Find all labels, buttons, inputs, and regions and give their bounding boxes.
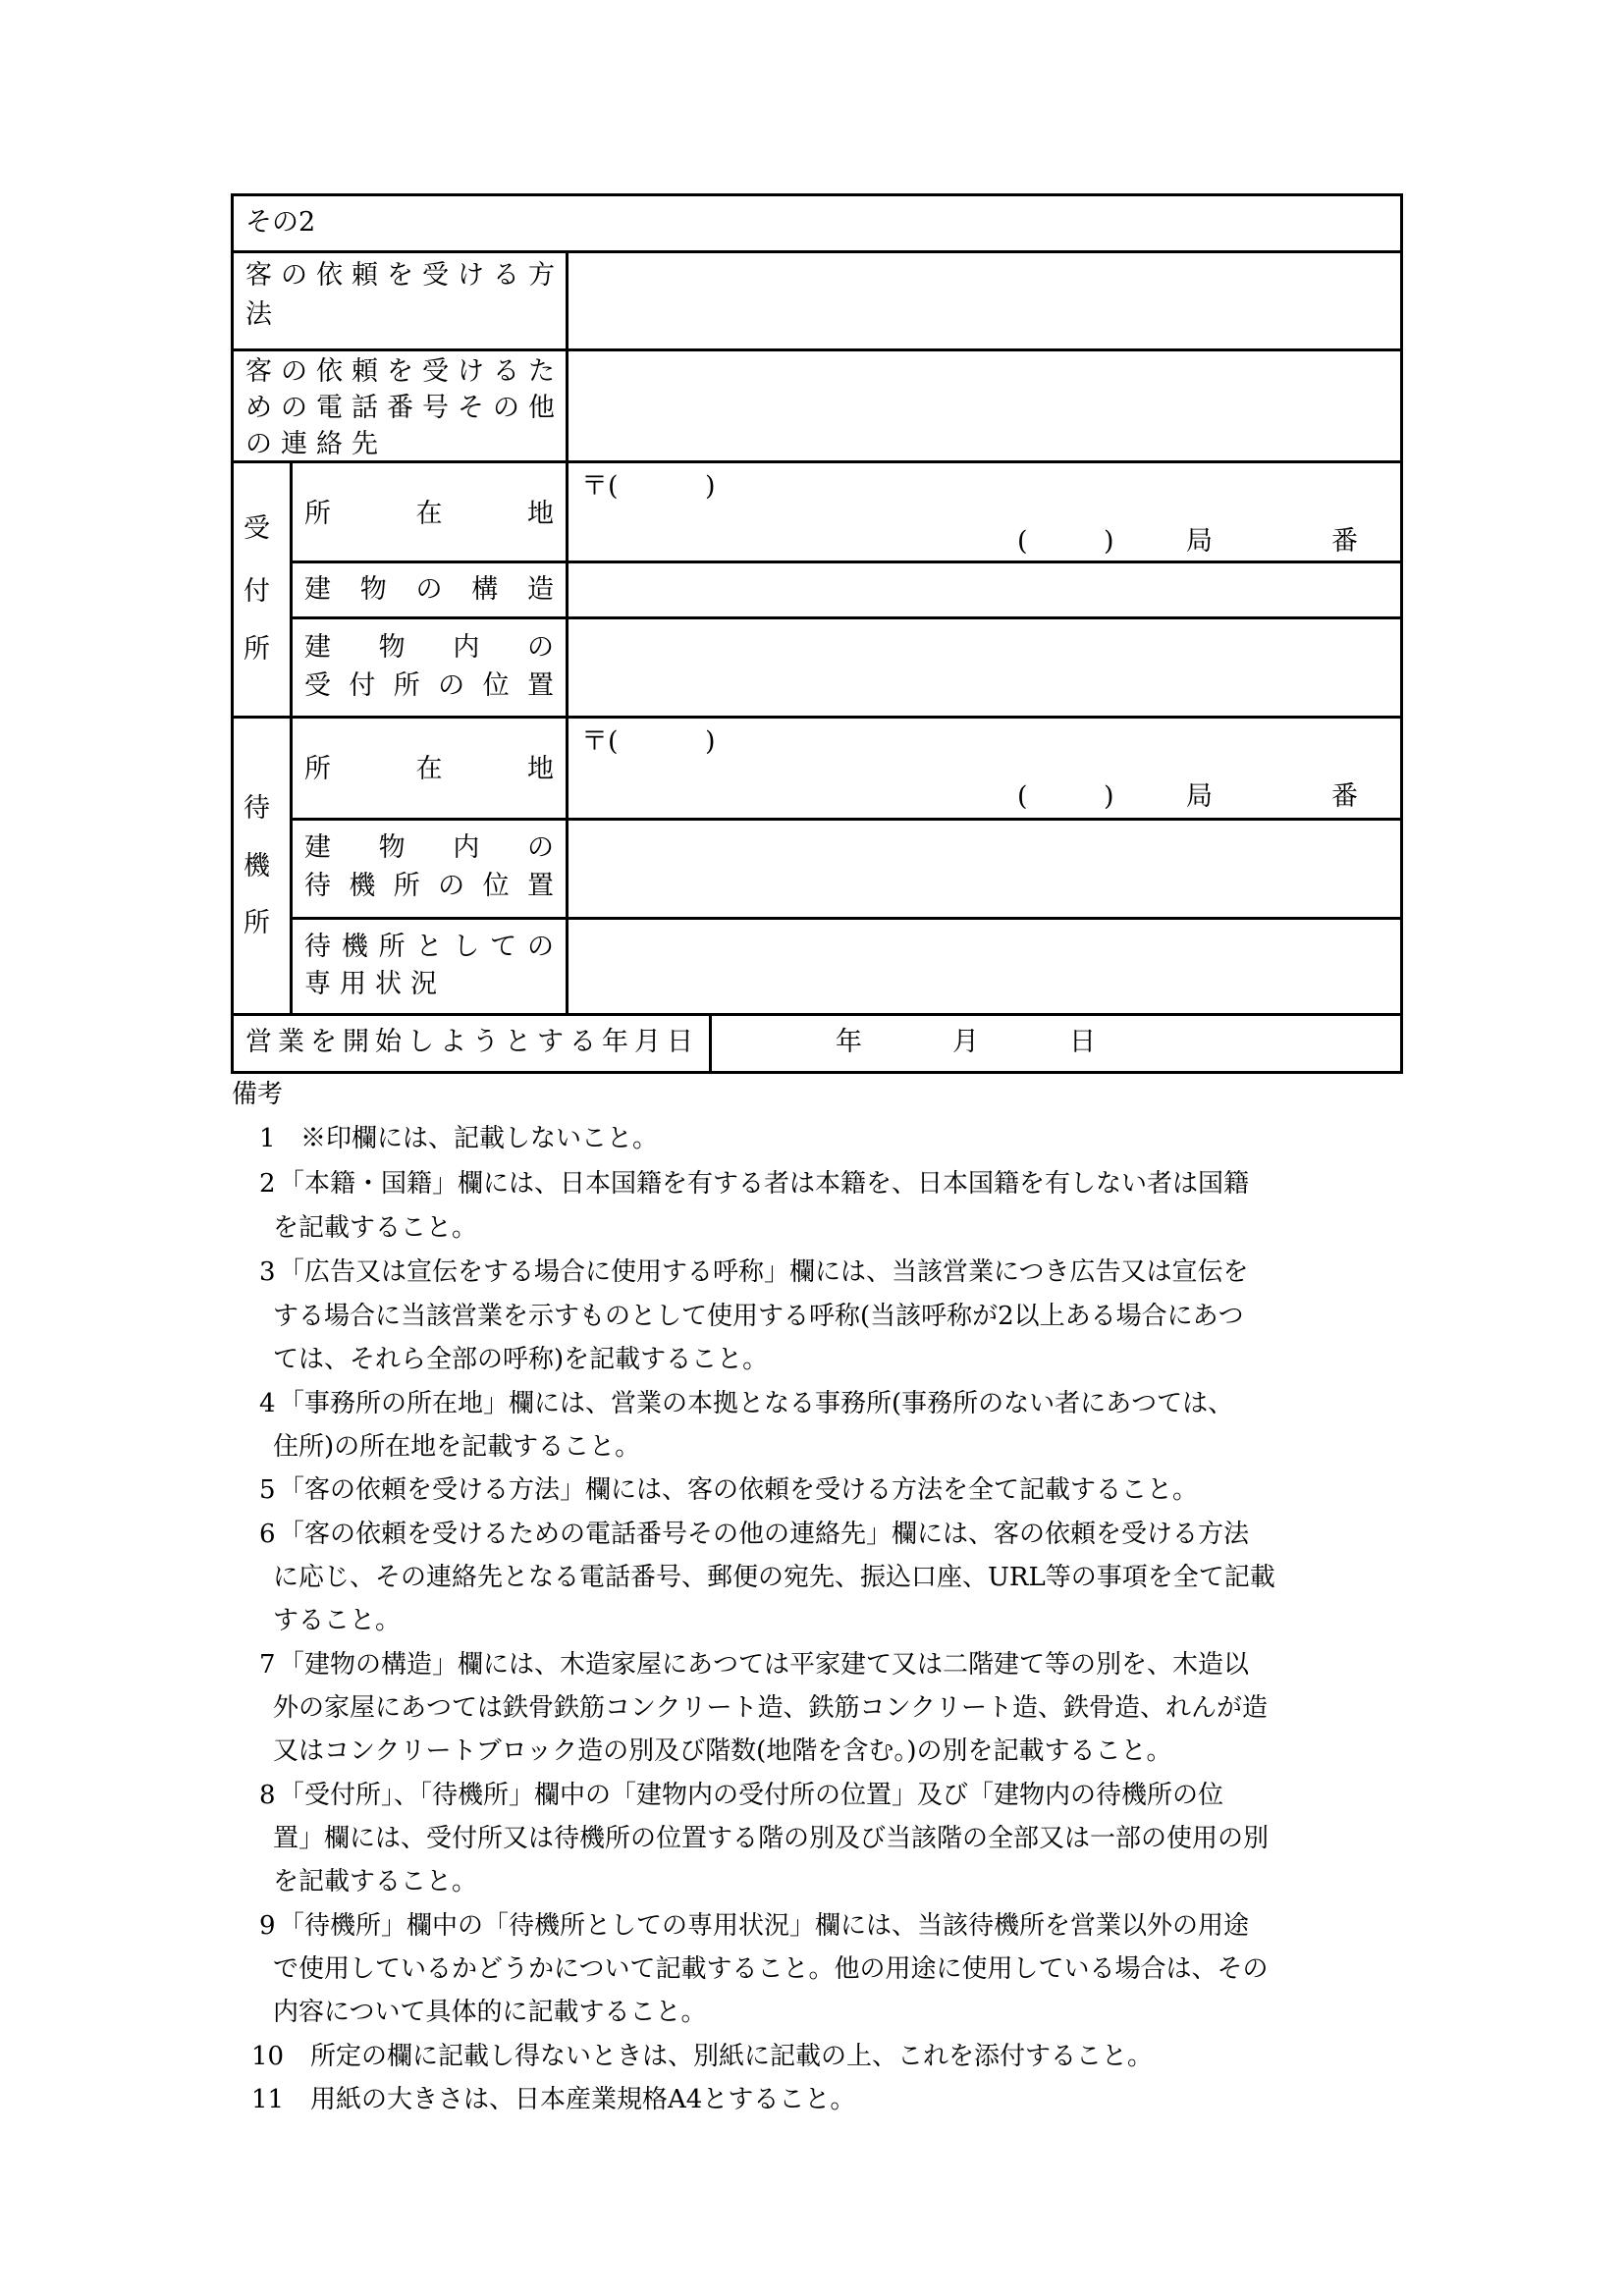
note-item: 「受付所」、「待機所」欄中の「建物内の受付所の位置」及び「建物内の待機所の位 [279, 1779, 1223, 1812]
note-item: 「待機所」欄中の「待機所としての専用状況」欄には、当該待機所を営業以外の用途 [279, 1909, 1249, 1943]
waiting-location-input[interactable] [569, 720, 1400, 818]
rule [291, 616, 1403, 619]
note-number: 8 [259, 1779, 276, 1812]
note-item-cont: 住所)の所在地を記載すること。 [273, 1430, 640, 1464]
note-item-cont: ては、それら全部の呼称)を記載すること。 [273, 1343, 768, 1376]
waiting-usage-input[interactable] [569, 921, 1400, 1013]
note-number: 6 [259, 1518, 276, 1551]
table-border-right [1400, 193, 1403, 1074]
reception-structure-input[interactable] [569, 564, 1400, 616]
waiting-section-label: 機 [244, 848, 270, 885]
note-item-cont: 又はコンクリートブロック造の別及び階数(地階を含む。)の別を記載すること。 [273, 1735, 1171, 1768]
method-input[interactable] [569, 254, 1400, 348]
table-border-top [232, 193, 1403, 196]
contact-input[interactable] [569, 352, 1400, 460]
note-number: 5 [259, 1473, 276, 1507]
waiting-usage-label-cont: 専用状況 [304, 966, 446, 1003]
note-item-cont: を記載すること。 [273, 1865, 477, 1898]
rule [232, 1013, 1403, 1016]
note-item-cont: 内容について具体的に記載すること。 [273, 1996, 706, 2029]
reception-position-label-cont: 受 付 所 の 位 置 [304, 667, 554, 705]
note-number: 10 [251, 2040, 284, 2073]
contact-label-cont: めの電話番号その他 [245, 390, 564, 427]
contact-label: 客の依頼を受けるた [245, 353, 564, 391]
rule [291, 561, 1403, 563]
note-number: 7 [259, 1648, 276, 1682]
rule [232, 716, 1403, 719]
note-item: 「建物の構造」欄には、木造家屋にあつては平家建て又は二階建て等の別を、木造以 [279, 1648, 1249, 1682]
reception-section-label: 付 [244, 573, 270, 611]
reception-position-label: 建 物 内 の [304, 629, 554, 667]
reception-location-label: 所 在 地 [304, 496, 554, 533]
waiting-section-label: 所 [244, 905, 270, 942]
note-item: 「客の依頼を受けるための電話番号その他の連絡先」欄には、客の依頼を受ける方法 [279, 1518, 1249, 1551]
note-item: 用紙の大きさは、日本産業規格A4とすること。 [310, 2083, 855, 2116]
method-label-cont: 法 [245, 296, 272, 334]
rule [232, 250, 1403, 253]
waiting-position-input[interactable] [569, 822, 1400, 917]
note-number: 9 [259, 1909, 276, 1943]
date-divider [709, 1014, 712, 1072]
note-item-cont: すること。 [273, 1604, 401, 1637]
label-value-divider [566, 251, 568, 1014]
waiting-usage-label: 待 機 所 と し て の [304, 929, 554, 966]
waiting-position-label: 建 物 内 の [304, 829, 554, 867]
note-item-cont: に応じ、その連絡先となる電話番号、郵便の宛先、振込口座、URL等の事項を全て記載 [273, 1561, 1275, 1594]
note-number: 11 [251, 2083, 284, 2116]
note-item: 「広告又は宣伝をする場合に使用する呼称」欄には、当該営業につき広告又は宣伝を [279, 1255, 1248, 1289]
rule [291, 917, 1403, 920]
table-border-bottom [232, 1071, 1403, 1074]
contact-label-cont2: の連絡先 [245, 426, 387, 463]
note-number: 1 [259, 1122, 276, 1155]
rule [232, 348, 1403, 351]
rule [232, 460, 1403, 463]
note-item-cont: を記載すること。 [273, 1211, 477, 1245]
reception-section-label: 所 [244, 631, 270, 668]
notes-title: 備考 [232, 1078, 283, 1111]
method-label: 客の依頼を受ける方 [245, 257, 554, 294]
note-number: 3 [259, 1255, 276, 1289]
waiting-location-label: 所 在 地 [304, 751, 554, 788]
note-number: 2 [259, 1167, 276, 1201]
reception-position-input[interactable] [569, 620, 1400, 716]
start-date-input[interactable] [713, 1017, 1400, 1071]
section-divider [290, 461, 293, 1014]
reception-location-input[interactable] [569, 464, 1400, 561]
note-item-cont: する場合に当該営業を示すものとして使用する呼称(当該呼称が2以上ある場合にあつ [273, 1300, 1244, 1333]
form-part-header: その2 [245, 204, 315, 241]
reception-structure-label: 建 物 の 構 造 [304, 571, 554, 609]
start-date-label: 営業を開始しようとする年月日 [245, 1024, 699, 1061]
rule [291, 818, 1403, 821]
note-item: ※印欄には、記載しないこと。 [300, 1122, 658, 1155]
note-item-cont: 外の家屋にあつては鉄骨鉄筋コンクリート造、鉄筋コンクリート造、鉄骨造、れんが造 [273, 1691, 1268, 1725]
note-item-cont: 置」欄には、受付所又は待機所の位置する階の別及び当該階の全部又は一部の使用の別 [273, 1822, 1269, 1855]
waiting-position-label-cont: 待 機 所 の 位 置 [304, 868, 554, 905]
table-border-left [231, 193, 234, 1074]
note-item: 「客の依頼を受ける方法」欄には、客の依頼を受ける方法を全て記載すること。 [279, 1473, 1198, 1507]
reception-section-label: 受 [244, 510, 270, 548]
waiting-section-label: 待 [244, 790, 270, 828]
note-item: 「事務所の所在地」欄には、営業の本拠となる事務所(事務所のない者にあつては、 [279, 1387, 1233, 1420]
note-number: 4 [259, 1387, 276, 1420]
note-item-cont: で使用しているかどうかについて記載すること。他の用途に使用している場合は、その [273, 1952, 1268, 1986]
note-item: 「本籍・国籍」欄には、日本国籍を有する者は本籍を、日本国籍を有しない者は国籍 [279, 1167, 1249, 1201]
note-item: 所定の欄に記載し得ないときは、別紙に記載の上、これを添付すること。 [310, 2040, 1153, 2073]
